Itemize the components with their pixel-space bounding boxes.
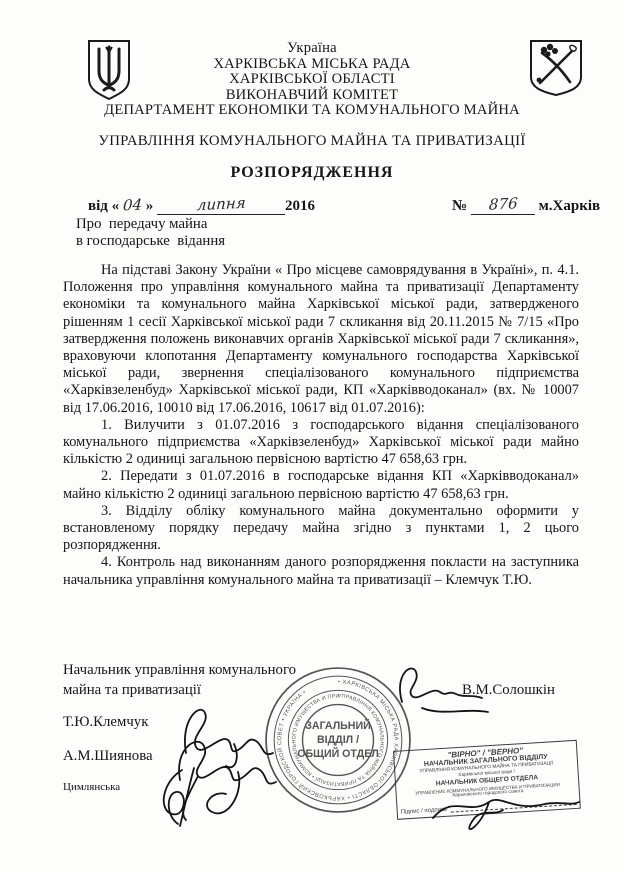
order-item-2: 2. Передати з 01.07.2016 в господарське …	[63, 468, 579, 502]
date-year: 2016	[285, 198, 315, 214]
handwritten-number: 876	[488, 194, 518, 213]
document-type-title: РОЗПОРЯДЖЕННЯ	[0, 164, 624, 182]
handwritten-day: 04	[122, 196, 142, 215]
letterhead: Україна ХАРКІВСЬКА МІСЬКА РАДА ХАРКІВСЬК…	[0, 41, 624, 119]
executor-signature-flourish	[148, 764, 218, 828]
officer-signer-name: А.М.Шиянова	[63, 748, 153, 765]
document-body: На підставі Закону України « Про місцеве…	[63, 262, 579, 589]
month-blank-line: липня	[157, 195, 285, 215]
number-field: № 876 м.Харків	[452, 195, 600, 215]
country-name: Україна	[0, 41, 624, 57]
stamp-overlay-signature	[425, 786, 585, 841]
org-name-city-council: ХАРКІВСЬКА МІСЬКА РАДА	[0, 57, 624, 73]
city-label: м.Харків	[539, 198, 601, 214]
executor-name: Цимлянська	[63, 781, 120, 793]
deputy-signer-name: Т.Ю.Клемчук	[63, 714, 148, 731]
date-close-quote: »	[146, 198, 154, 214]
stamp-center-line1: ЗАГАЛЬНИЙ	[305, 719, 371, 732]
number-label: №	[452, 198, 467, 214]
stamp-center-line3: ОБЩИЙ ОТДЕЛ	[297, 747, 379, 760]
stamp-center-line2: ВІДДІЛ /	[317, 734, 359, 746]
date-field: від « 04 » липня2016	[88, 195, 315, 215]
signer-title-line2: майна та приватизації	[63, 682, 201, 699]
number-blank-line: 876	[471, 195, 535, 215]
order-item-3: 3. Відділу обліку комунального майна док…	[63, 503, 579, 555]
org-name-department: ДЕПАРТАМЕНТ ЕКОНОМІКИ ТА КОМУНАЛЬНОГО МА…	[0, 103, 624, 119]
division-name: УПРАВЛІННЯ КОМУНАЛЬНОГО МАЙНА ТА ПРИВАТИ…	[0, 133, 624, 150]
order-item-1: 1. Вилучити з 01.07.2016 з господарськог…	[63, 417, 579, 469]
org-name-region: ХАРКІВСЬКОЇ ОБЛАСТІ	[0, 72, 624, 88]
document-page: Україна ХАРКІВСЬКА МІСЬКА РАДА ХАРКІВСЬК…	[0, 0, 624, 872]
document-subject: Про передачу майна в господарське віданн…	[76, 216, 225, 250]
handwritten-month: липня	[196, 194, 246, 215]
preamble-paragraph: На підставі Закону України « Про місцеве…	[63, 262, 579, 417]
date-prefix: від «	[88, 198, 119, 214]
head-signature	[388, 660, 498, 720]
order-item-4: 4. Контроль над виконанням даного розпор…	[63, 554, 579, 588]
